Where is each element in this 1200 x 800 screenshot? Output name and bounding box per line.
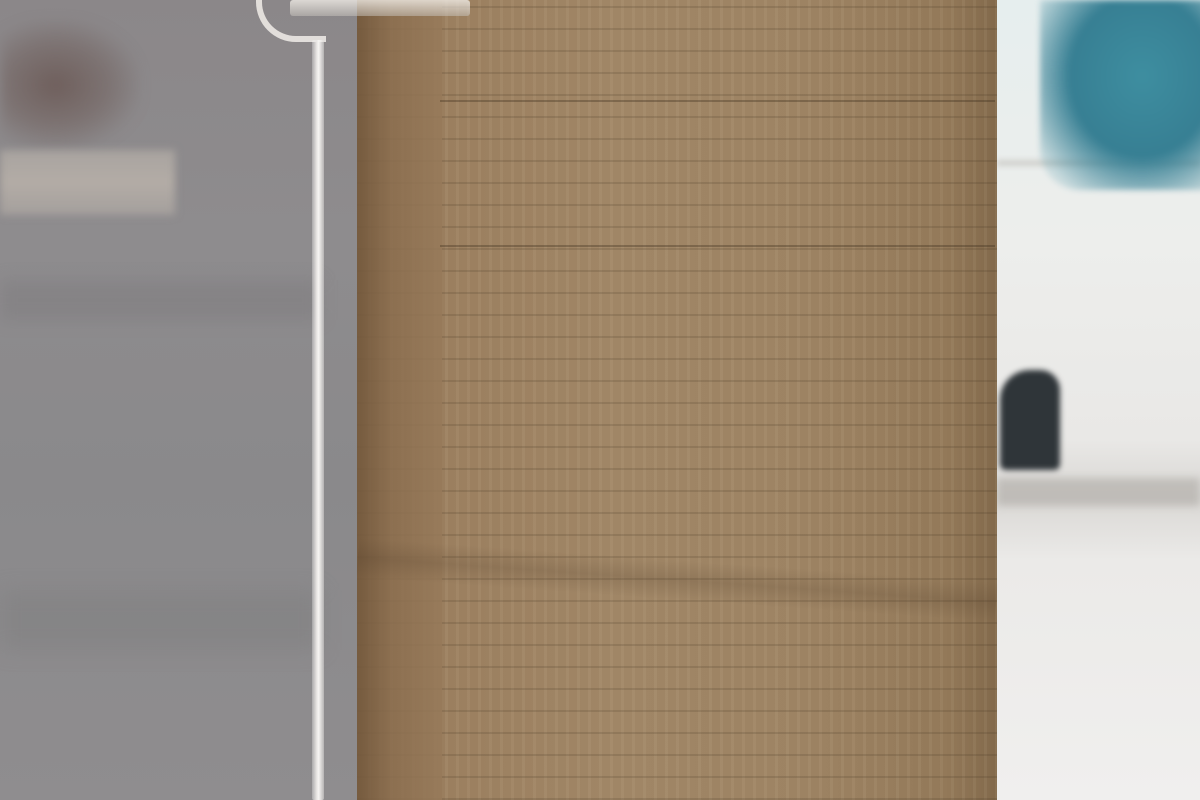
tablet-ruling-line <box>440 100 995 102</box>
tablet-side-edge <box>357 0 442 800</box>
visitor-blurred <box>1040 0 1200 190</box>
blurred-shelf <box>0 150 175 215</box>
tablet-ruling-line <box>440 245 995 247</box>
acrylic-stand-upright <box>312 40 324 800</box>
case-reflection-lower <box>0 590 320 650</box>
visitor-bag <box>1000 370 1060 470</box>
gallery-rail <box>997 478 1200 506</box>
blurred-object <box>0 20 140 150</box>
case-reflection <box>0 280 320 320</box>
cuneiform-tablet <box>357 0 997 800</box>
photo-scene <box>0 0 1200 800</box>
